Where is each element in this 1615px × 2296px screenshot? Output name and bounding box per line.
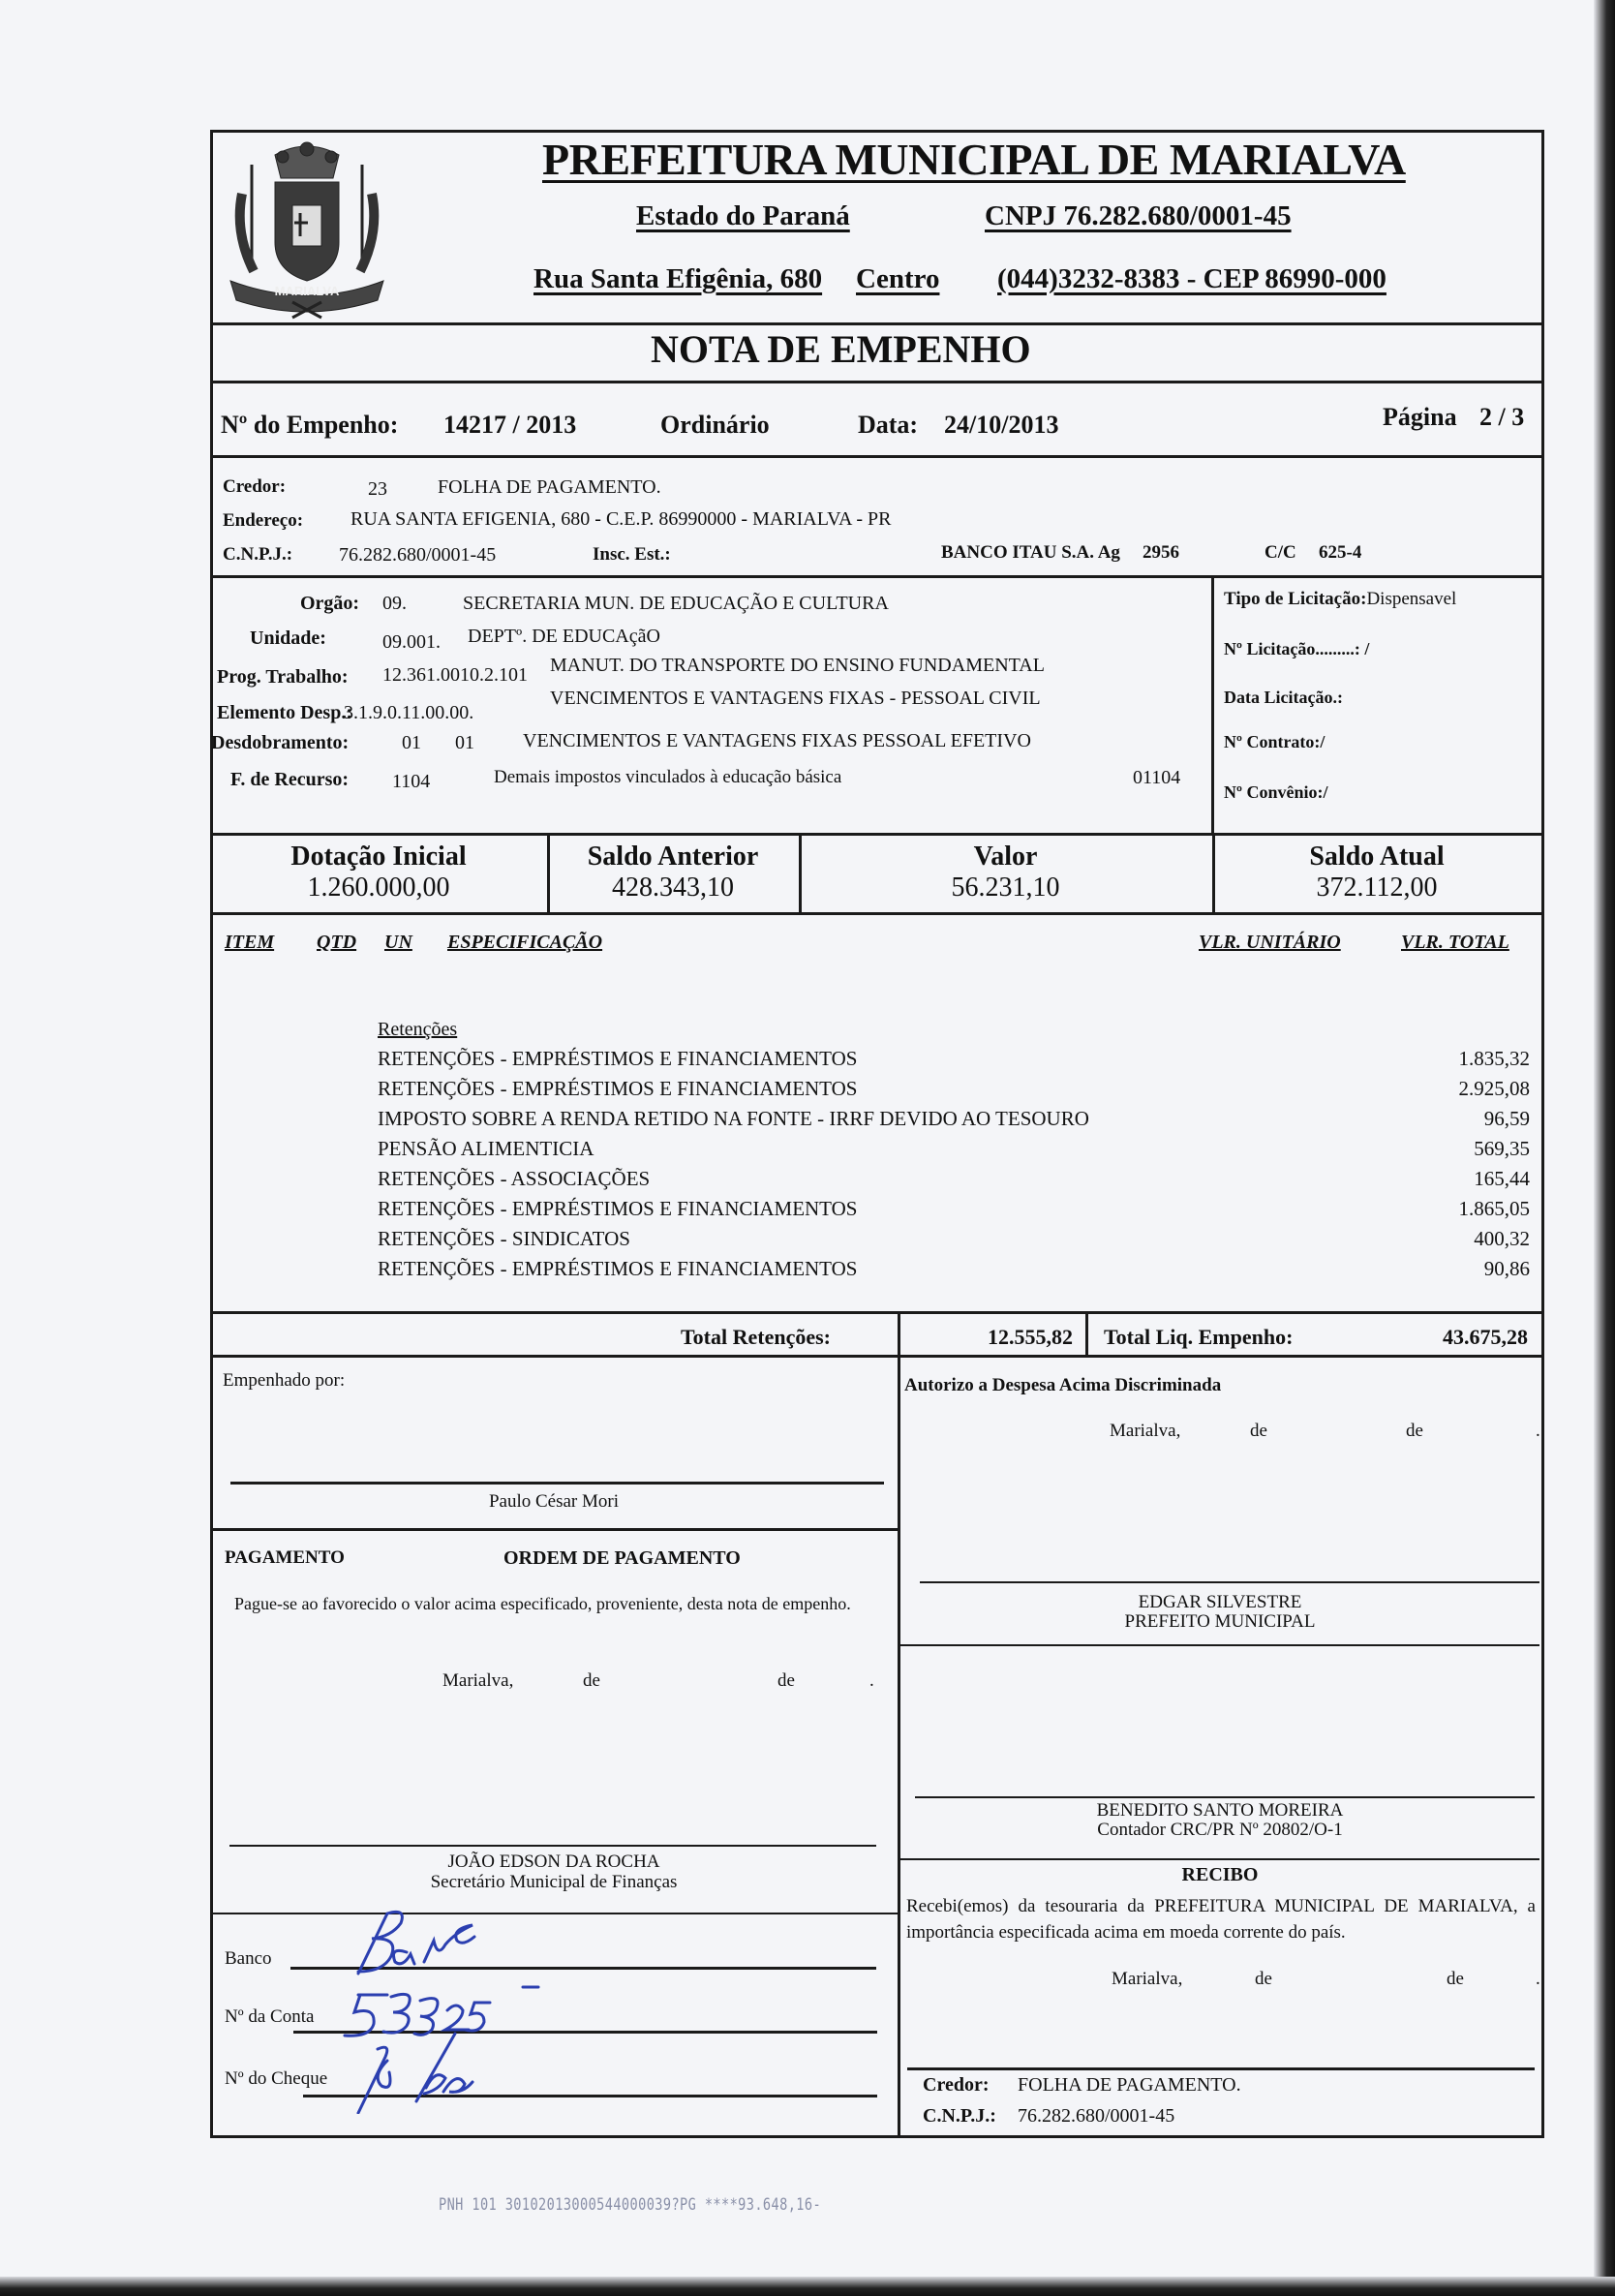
retencao-row: RETENÇÕES - ASSOCIAÇÕES165,44 — [378, 1167, 1530, 1196]
credor-cnpj-label: C.N.P.J.: — [223, 544, 292, 566]
conta-label: Nº da Conta — [225, 2006, 314, 2028]
recibo-cnpj-label: C.N.P.J.: — [923, 2105, 996, 2128]
divider — [210, 1355, 1541, 1358]
credor-cnpj: 76.282.680/0001-45 — [339, 544, 496, 566]
pagamento-de2: de — [777, 1670, 795, 1692]
empenho-date-label: Data: — [858, 411, 918, 440]
saldo-label: Saldo Anterior — [547, 842, 799, 872]
header-phone-cep: (044)3232-8383 - CEP 86990-000 — [997, 263, 1386, 295]
retencao-row: RETENÇÕES - EMPRÉSTIMOS E FINANCIAMENTOS… — [378, 1077, 1530, 1106]
contador-role: Contador CRC/PR Nº 20802/O-1 — [900, 1821, 1539, 1840]
retencao-value: 2.925,08 — [1459, 1077, 1531, 1101]
signature-line — [229, 1845, 876, 1847]
bank-print-stamp: PNH 101 30102013000544000039?PG ****93.6… — [439, 2195, 821, 2215]
saldo-cell: Saldo Anterior428.343,10 — [547, 835, 799, 912]
retencao-value: 90,86 — [1484, 1257, 1530, 1281]
empenho-type: Ordinário — [660, 411, 770, 440]
total-liquido-value: 43.675,28 — [1336, 1325, 1528, 1350]
scan-edge-right — [1594, 0, 1615, 2296]
desdobramento-a: 01 — [402, 732, 421, 754]
header-state: Estado do Paraná — [636, 200, 850, 232]
orgao-label: Orgão: — [300, 593, 359, 615]
prefeito-role: PREFEITO MUNICIPAL — [900, 1612, 1539, 1632]
cheque-label: Nº do Cheque — [225, 2068, 327, 2090]
col-vlr-total: VLR. TOTAL — [1401, 932, 1509, 954]
prog-trabalho-label: Prog. Trabalho: — [217, 666, 349, 689]
prog-trabalho-code: 12.361.0010.2.101 — [382, 664, 528, 687]
recibo-title: RECIBO — [900, 1864, 1539, 1886]
header-district: Centro — [856, 263, 939, 295]
retencao-desc: RETENÇÕES - EMPRÉSTIMOS E FINANCIAMENTOS — [378, 1077, 857, 1101]
signature-line — [915, 1796, 1535, 1798]
pagamento-period: . — [869, 1670, 874, 1692]
divider-vertical — [898, 1311, 900, 2135]
insc-est-label: Insc. Est.: — [593, 544, 671, 566]
signature-line — [920, 1581, 1539, 1583]
retencao-value: 165,44 — [1474, 1167, 1530, 1191]
recibo-cnpj: 76.282.680/0001-45 — [1018, 2105, 1174, 2128]
retencao-desc: PENSÃO ALIMENTICIA — [378, 1137, 594, 1161]
recibo-period: . — [1536, 1969, 1540, 1990]
cc-value: 625-4 — [1319, 542, 1361, 564]
recibo-de2: de — [1447, 1969, 1464, 1990]
prog-trabalho-desc: MANUT. DO TRANSPORTE DO ENSINO FUNDAMENT… — [550, 655, 1045, 677]
pagamento-de1: de — [583, 1670, 600, 1692]
saldo-value: 56.231,10 — [799, 872, 1212, 904]
desdobramento-b: 01 — [455, 732, 474, 754]
pagamento-label: PAGAMENTO — [225, 1547, 345, 1569]
elemento-code: 3.1.9.0.11.00.00. — [344, 702, 473, 724]
prefeito-signature: EDGAR SILVESTRE PREFEITO MUNICIPAL — [900, 1593, 1539, 1632]
page-label: Página — [1383, 403, 1457, 432]
desdobramento-label: Desdobramento: — [211, 732, 349, 754]
total-retencoes-label: Total Retenções: — [681, 1325, 831, 1350]
secretario-role: Secretário Municipal de Finanças — [210, 1872, 898, 1892]
document-title: NOTA DE EMPENHO — [651, 326, 1031, 372]
unidade-code: 09.001. — [382, 631, 441, 654]
divider — [210, 1311, 1541, 1314]
prefeito-name: EDGAR SILVESTRE — [900, 1593, 1539, 1612]
retencao-value: 1.865,05 — [1459, 1197, 1531, 1221]
header-cnpj: CNPJ 76.282.680/0001-45 — [985, 200, 1292, 232]
unidade-label: Unidade: — [250, 628, 326, 650]
numero-convenio: Nº Convênio:/ — [1224, 782, 1327, 803]
divider — [900, 1644, 1539, 1646]
orgao-code: 09. — [382, 593, 407, 615]
retencao-value: 96,59 — [1484, 1107, 1530, 1131]
unidade-desc: DEPTº. DE EDUCAçãO — [468, 626, 660, 648]
numero-licitacao: Nº Licitação.........: / — [1224, 639, 1369, 659]
recibo-city: Marialva, — [1112, 1969, 1182, 1990]
divider — [900, 1858, 1539, 1860]
pagamento-city: Marialva, — [442, 1670, 513, 1692]
credor-name: FOLHA DE PAGAMENTO. — [438, 476, 661, 499]
saldo-cell: Dotação Inicial1.260.000,00 — [210, 835, 547, 912]
autorizo-de1: de — [1250, 1421, 1267, 1442]
recurso-desc: Demais impostos vinculados à educação bá… — [494, 767, 841, 788]
signature-line — [230, 1482, 884, 1485]
recurso-ref: 01104 — [1133, 767, 1180, 789]
endereco-label: Endereço: — [223, 510, 303, 532]
retencao-row: RETENÇÕES - SINDICATOS400,32 — [378, 1227, 1530, 1256]
elemento-label: Elemento Desp.: — [217, 702, 352, 724]
empenhado-por-name: Paulo César Mori — [210, 1491, 898, 1513]
credor-label: Credor: — [223, 476, 286, 498]
numero-contrato: Nº Contrato:/ — [1224, 732, 1325, 752]
tipo-licitacao-label: Tipo de Licitação: — [1224, 589, 1366, 609]
municipal-coat-of-arms-icon: MARIALVA — [215, 136, 399, 320]
handwritten-cheque-icon — [320, 2032, 571, 2114]
divider-vertical — [547, 833, 550, 914]
autorizo-label: Autorizo a Despesa Acima Discriminada — [904, 1375, 1221, 1396]
agencia: 2956 — [1143, 542, 1179, 564]
secretario-signature: JOÃO EDSON DA ROCHA Secretário Municipal… — [210, 1852, 898, 1892]
empenho-date: 24/10/2013 — [944, 411, 1058, 440]
retencoes-title: Retenções — [378, 1019, 457, 1041]
retencao-value: 400,32 — [1474, 1227, 1530, 1251]
credor-code: 23 — [368, 478, 387, 501]
divider — [210, 912, 1541, 915]
recibo-text: Recebi(emos) da tesouraria da PREFEITURA… — [906, 1893, 1536, 1945]
banco: BANCO ITAU S.A. Ag — [941, 542, 1120, 564]
scan-edge-bottom — [0, 2277, 1615, 2296]
divider-vertical — [1212, 833, 1215, 914]
total-retencoes-value: 12.555,82 — [910, 1325, 1073, 1350]
col-qtd: QTD — [317, 932, 356, 954]
retencao-row: IMPOSTO SOBRE A RENDA RETIDO NA FONTE - … — [378, 1107, 1530, 1136]
autorizo-de2: de — [1406, 1421, 1423, 1442]
saldo-value: 428.343,10 — [547, 872, 799, 904]
retencao-desc: RETENÇÕES - ASSOCIAÇÕES — [378, 1167, 650, 1191]
retencao-row: RETENÇÕES - EMPRÉSTIMOS E FINANCIAMENTOS… — [378, 1257, 1530, 1286]
contador-name: BENEDITO SANTO MOREIRA — [900, 1801, 1539, 1821]
recurso-code: 1104 — [392, 771, 430, 793]
autorizo-city: Marialva, — [1110, 1421, 1180, 1442]
retencao-desc: RETENÇÕES - EMPRÉSTIMOS E FINANCIAMENTOS — [378, 1047, 857, 1071]
retencao-value: 1.835,32 — [1459, 1047, 1531, 1071]
orgao-desc: SECRETARIA MUN. DE EDUCAÇÃO E CULTURA — [463, 593, 889, 615]
contador-signature: BENEDITO SANTO MOREIRA Contador CRC/PR N… — [900, 1801, 1539, 1840]
recibo-de1: de — [1255, 1969, 1272, 1990]
col-un: UN — [384, 932, 412, 954]
saldo-cell: Valor56.231,10 — [799, 835, 1212, 912]
saldo-label: Saldo Atual — [1212, 842, 1541, 872]
retencao-value: 569,35 — [1474, 1137, 1530, 1161]
handwritten-banco-icon — [320, 1906, 571, 1978]
col-vlr-unitario: VLR. UNITÁRIO — [1199, 932, 1341, 954]
data-licitacao: Data Licitação.: — [1224, 688, 1343, 708]
divider — [210, 455, 1541, 458]
empenho-number: 14217 / 2013 — [443, 411, 576, 440]
retencao-row: RETENÇÕES - EMPRÉSTIMOS E FINANCIAMENTOS… — [378, 1047, 1530, 1076]
header-title: PREFEITURA MUNICIPAL DE MARIALVA — [542, 134, 1406, 185]
saldo-cell: Saldo Atual372.112,00 — [1212, 835, 1541, 912]
col-especificacao: ESPECIFICAÇÃO — [447, 932, 602, 954]
cc-label: C/C — [1265, 542, 1296, 564]
svg-text:MARIALVA: MARIALVA — [275, 284, 340, 298]
pagamento-text: Pague-se ao favorecido o valor acima esp… — [234, 1592, 873, 1616]
retencao-desc: RETENÇÕES - SINDICATOS — [378, 1227, 630, 1251]
banco-label: Banco — [225, 1948, 272, 1970]
retencao-desc: IMPOSTO SOBRE A RENDA RETIDO NA FONTE - … — [378, 1107, 1089, 1131]
retencao-row: PENSÃO ALIMENTICIA569,35 — [378, 1137, 1530, 1166]
saldo-label: Dotação Inicial — [210, 842, 547, 872]
secretario-name: JOÃO EDSON DA ROCHA — [210, 1852, 898, 1872]
saldo-value: 372.112,00 — [1212, 872, 1541, 904]
saldo-value: 1.260.000,00 — [210, 872, 547, 904]
desdobramento-desc: VENCIMENTOS E VANTAGENS FIXAS PESSOAL EF… — [523, 730, 1031, 752]
tipo-licitacao-value: Dispensavel — [1366, 589, 1456, 609]
signature-line — [907, 2067, 1535, 2070]
divider-vertical — [799, 833, 802, 914]
tipo-licitacao: Tipo de Licitação:Dispensavel — [1224, 589, 1456, 610]
recibo-credor: FOLHA DE PAGAMENTO. — [1018, 2074, 1241, 2097]
col-item: ITEM — [225, 932, 274, 954]
divider — [210, 1528, 899, 1531]
saldo-label: Valor — [799, 842, 1212, 872]
divider-vertical — [1085, 1311, 1088, 1356]
ordem-pagamento-title: ORDEM DE PAGAMENTO — [503, 1547, 741, 1570]
divider — [210, 575, 1541, 578]
elemento-desc: VENCIMENTOS E VANTAGENS FIXAS - PESSOAL … — [550, 688, 1041, 710]
retencao-row: RETENÇÕES - EMPRÉSTIMOS E FINANCIAMENTOS… — [378, 1197, 1530, 1226]
header-address: Rua Santa Efigênia, 680 — [533, 263, 822, 295]
recurso-label: F. de Recurso: — [230, 769, 349, 791]
empenhado-por-label: Empenhado por: — [223, 1370, 345, 1392]
divider-vertical — [1211, 575, 1214, 835]
page-number: 2 / 3 — [1479, 403, 1524, 432]
endereco-value: RUA SANTA EFIGENIA, 680 - C.E.P. 8699000… — [350, 508, 891, 531]
autorizo-period: . — [1536, 1421, 1540, 1442]
retencao-desc: RETENÇÕES - EMPRÉSTIMOS E FINANCIAMENTOS — [378, 1257, 857, 1281]
retencao-desc: RETENÇÕES - EMPRÉSTIMOS E FINANCIAMENTOS — [378, 1197, 857, 1221]
empenho-number-label: Nº do Empenho: — [221, 411, 398, 440]
divider — [210, 381, 1541, 383]
recibo-credor-label: Credor: — [923, 2074, 990, 2097]
divider — [210, 322, 1541, 325]
total-liquido-label: Total Liq. Empenho: — [1104, 1325, 1293, 1350]
